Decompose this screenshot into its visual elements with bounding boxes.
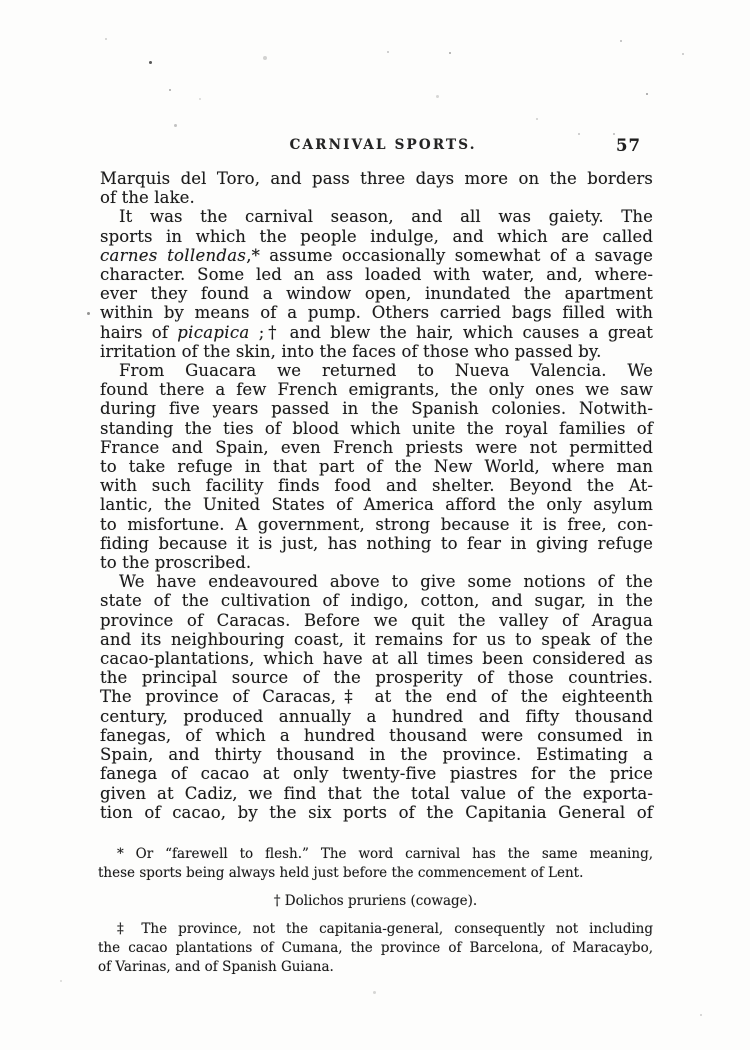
scan-speck [536, 118, 538, 120]
text-line: fiding because it is just, has nothing t… [100, 534, 653, 553]
text-run: state of the cultivation of indigo, cott… [100, 591, 653, 610]
text-run: † Dolichos pruriens (cowage). [274, 893, 477, 909]
scan-speck [199, 98, 201, 100]
text-line: the cacao plantations of Cumana, the pro… [98, 939, 653, 958]
scan-speck [174, 124, 177, 127]
text-run: cacao-plantations, which have at all tim… [100, 649, 653, 668]
text-line: standing the ties of blood which unite t… [100, 419, 653, 438]
text-line: fanegas, of which a hundred thousand wer… [100, 726, 653, 745]
text-run: tion of cacao, by the six ports of the C… [100, 803, 653, 822]
text-line: given at Cadiz, we find that the total v… [100, 784, 653, 803]
scan-speck [60, 980, 62, 982]
text-run: to the proscribed. [100, 553, 251, 572]
text-run: The province of Caracas,‡ at the end of … [100, 687, 653, 706]
text-line: during five years passed in the Spanish … [100, 399, 653, 418]
scan-speck [373, 991, 376, 994]
text-run: during five years passed in the Spanish … [100, 399, 653, 418]
text-run: We have endeavoured above to give some n… [119, 572, 653, 591]
scan-speck [263, 56, 267, 60]
scan-speck [700, 1014, 702, 1016]
page-header: CARNIVAL SPORTS. 57 [100, 136, 655, 158]
paragraph: ‡ The province, not the capitania-genera… [98, 920, 653, 977]
scan-speck [105, 38, 107, 40]
scan-speck [169, 89, 171, 91]
text-line: cacao-plantations, which have at all tim… [100, 649, 653, 668]
scan-speck [578, 133, 580, 135]
scan-speck [682, 53, 684, 55]
scan-speck [87, 312, 90, 315]
text-line: of the lake. [100, 188, 653, 207]
paragraph: † Dolichos pruriens (cowage). [98, 892, 653, 911]
text-line: to take refuge in that part of the New W… [100, 457, 653, 476]
text-line: fanega of cacao at only twenty-five pias… [100, 764, 653, 783]
text-line: We have endeavoured above to give some n… [100, 572, 653, 591]
text-line: France and Spain, even French priests we… [100, 438, 653, 457]
text-run: fanega of cacao at only twenty-five pias… [100, 764, 653, 783]
text-line: character. Some led an ass loaded with w… [100, 265, 653, 284]
text-line: * Or “farewell to flesh.” The word carni… [98, 845, 653, 864]
text-line: From Guacara we returned to Nueva Valenc… [100, 361, 653, 380]
text-run: to take refuge in that part of the New W… [100, 457, 653, 476]
text-line: ever they found a window open, inundated… [100, 284, 653, 303]
scan-speck [436, 95, 439, 98]
text-line: to misfortune. A government, strong beca… [100, 515, 653, 534]
text-line: ‡ The province, not the capitania-genera… [98, 920, 653, 939]
text-line: found there a few French emigrants, the … [100, 380, 653, 399]
page-number: 57 [616, 136, 641, 155]
text-run: to misfortune. A government, strong beca… [100, 515, 653, 534]
text-run: with such facility finds food and shelte… [100, 476, 653, 495]
text-run: ,* assume occasionally somewhat of a sav… [246, 246, 653, 265]
text-line: Spain, and thirty thousand in the provin… [100, 745, 653, 764]
text-line: hairs of picapica ;† and blew the hair, … [100, 323, 653, 342]
text-line: lantic, the United States of America aff… [100, 495, 653, 514]
paragraph: It was the carnival season, and all was … [100, 207, 653, 361]
text-line: irritation of the skin, into the faces o… [100, 342, 653, 361]
text-line: Marquis del Toro, and pass three days mo… [100, 169, 653, 188]
text-run: sports in which the people indulge, and … [100, 227, 653, 246]
book-page: CARNIVAL SPORTS. 57 Marquis del Toro, an… [0, 0, 750, 1050]
text-line: state of the cultivation of indigo, cott… [100, 591, 653, 610]
body-text: Marquis del Toro, and pass three days mo… [100, 169, 653, 822]
text-line: It was the carnival season, and all was … [100, 207, 653, 226]
text-line: The province of Caracas,‡ at the end of … [100, 687, 653, 706]
text-line: † Dolichos pruriens (cowage). [98, 892, 653, 911]
text-line: tion of cacao, by the six ports of the C… [100, 803, 653, 822]
text-line: of Varinas, and of Spanish Guiana. [98, 958, 653, 977]
text-line: carnes tollendas,* assume occasionally s… [100, 246, 653, 265]
text-run: lantic, the United States of America aff… [100, 495, 653, 514]
text-run: France and Spain, even French priests we… [100, 438, 653, 457]
text-run: and its neighbouring coast, it remains f… [100, 630, 653, 649]
paragraph: * Or “farewell to flesh.” The word carni… [98, 845, 653, 883]
text-run: ever they found a window open, inundated… [100, 284, 653, 303]
text-run: Spain, and thirty thousand in the provin… [100, 745, 653, 764]
text-run: * Or “farewell to flesh.” The word carni… [117, 846, 653, 862]
text-line: century, produced annually a hundred and… [100, 707, 653, 726]
text-line: province of Caracas. Before we quit the … [100, 611, 653, 630]
scan-speck [149, 61, 152, 64]
text-run: irritation of the skin, into the faces o… [100, 342, 602, 361]
italic-term: picapica [177, 323, 249, 342]
running-title: CARNIVAL SPORTS. [290, 137, 477, 153]
text-line: and its neighbouring coast, it remains f… [100, 630, 653, 649]
text-line: to the proscribed. [100, 553, 653, 572]
text-run: found there a few French emigrants, the … [100, 380, 653, 399]
text-run: hairs of [100, 323, 177, 342]
text-run: within by means of a pump. Others carrie… [100, 303, 653, 322]
text-run: province of Caracas. Before we quit the … [100, 611, 653, 630]
paragraph: We have endeavoured above to give some n… [100, 572, 653, 822]
text-run: the cacao plantations of Cumana, the pro… [98, 940, 653, 956]
text-run: of Varinas, and of Spanish Guiana. [98, 959, 334, 975]
text-run: standing the ties of blood which unite t… [100, 419, 653, 438]
text-line: within by means of a pump. Others carrie… [100, 303, 653, 322]
scan-speck [387, 51, 389, 53]
text-run: It was the carnival season, and all was … [119, 207, 653, 226]
scan-speck [613, 133, 615, 135]
scan-speck [646, 93, 648, 95]
text-line: the principal source of the prosperity o… [100, 668, 653, 687]
scan-speck [449, 52, 451, 54]
text-line: these sports being always held just befo… [98, 864, 653, 883]
text-run: century, produced annually a hundred and… [100, 707, 653, 726]
text-run: the principal source of the prosperity o… [100, 668, 653, 687]
text-run: fanegas, of which a hundred thousand wer… [100, 726, 653, 745]
text-run: fiding because it is just, has nothing t… [100, 534, 653, 553]
paragraph: From Guacara we returned to Nueva Valenc… [100, 361, 653, 572]
text-run: ;† and blew the hair, which causes a gre… [250, 323, 654, 342]
text-line: with such facility finds food and shelte… [100, 476, 653, 495]
text-line: sports in which the people indulge, and … [100, 227, 653, 246]
text-run: ‡ The province, not the capitania-genera… [117, 921, 653, 937]
italic-term: carnes tollendas [100, 246, 246, 265]
text-run: From Guacara we returned to Nueva Valenc… [119, 361, 653, 380]
text-run: Marquis del Toro, and pass three days mo… [100, 169, 653, 188]
text-run: given at Cadiz, we find that the total v… [100, 784, 653, 803]
paragraph: Marquis del Toro, and pass three days mo… [100, 169, 653, 207]
footnotes: * Or “farewell to flesh.” The word carni… [98, 845, 653, 977]
text-run: character. Some led an ass loaded with w… [100, 265, 653, 284]
text-run: these sports being always held just befo… [98, 865, 583, 881]
scan-speck [620, 40, 622, 42]
text-run: of the lake. [100, 188, 195, 207]
